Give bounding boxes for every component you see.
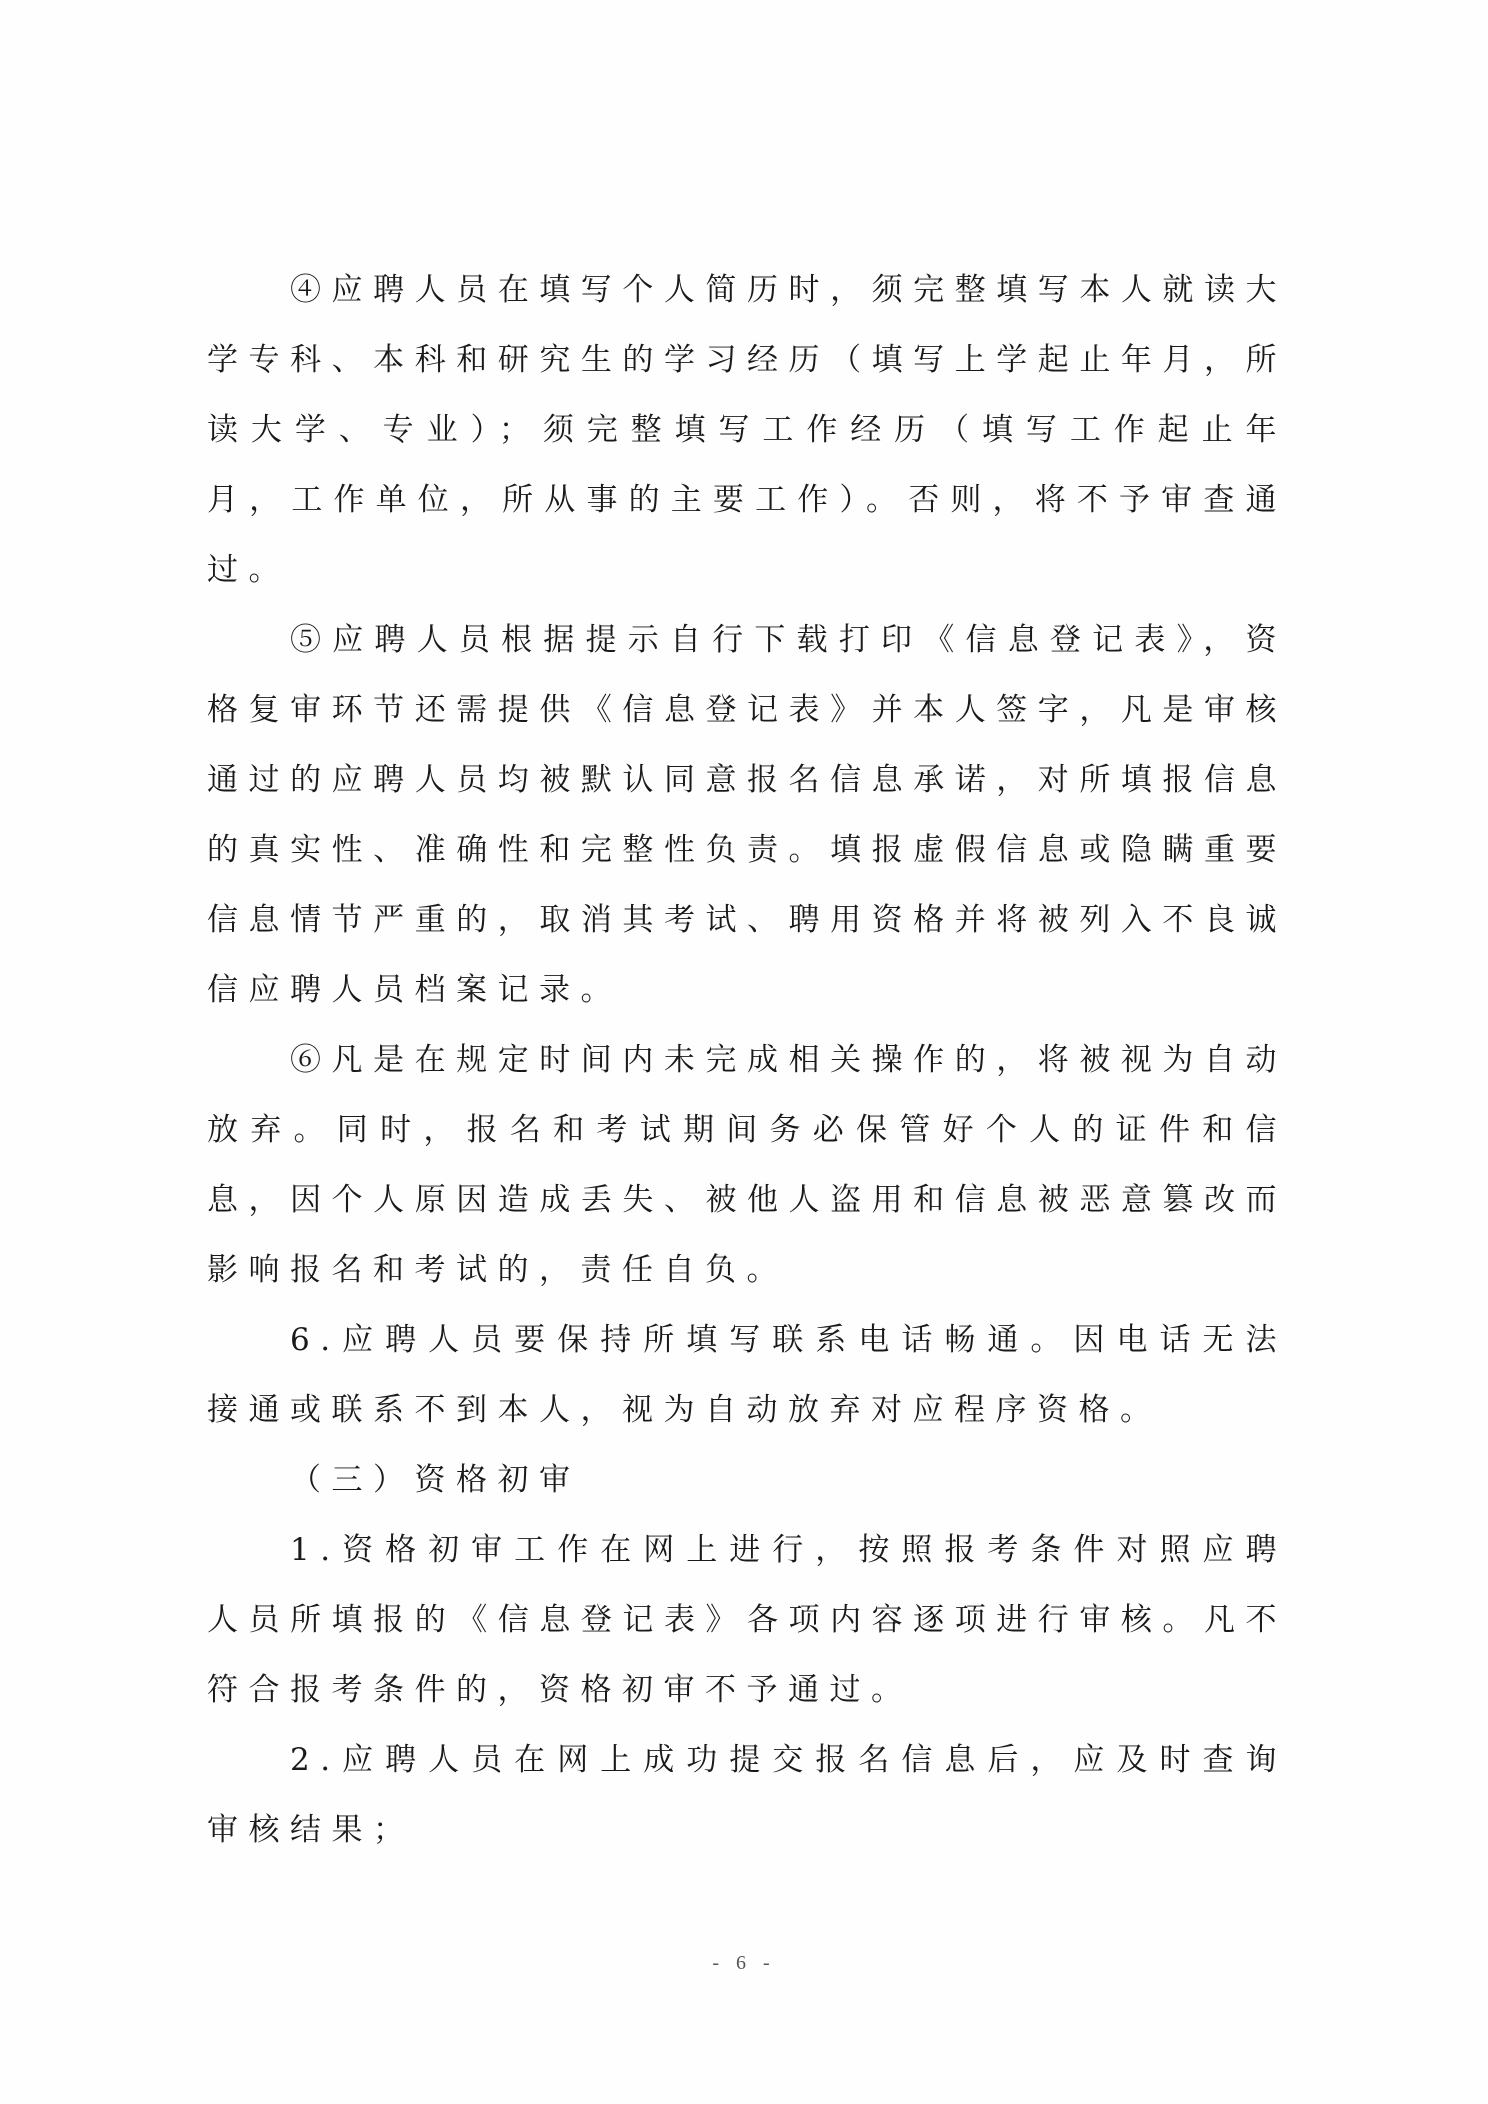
paragraph-item-6: 6.应聘人员要保持所填写联系电话畅通。因电话无法接通或联系不到本人，视为自动放弃… xyxy=(207,1305,1287,1445)
paragraph-section-3-item-2: 2.应聘人员在网上成功提交报名信息后，应及时查询审核结果； xyxy=(207,1725,1287,1865)
page-number: - 6 - xyxy=(0,1952,1488,1975)
paragraph-item-6-circled: ⑥凡是在规定时间内未完成相关操作的，将被视为自动放弃。同时，报名和考试期间务必保… xyxy=(207,1025,1287,1305)
paragraph-section-3-item-1: 1.资格初审工作在网上进行，按照报考条件对照应聘人员所填报的《信息登记表》各项内… xyxy=(207,1515,1287,1725)
section-heading-qualification-review: （三）资格初审 xyxy=(207,1445,1287,1515)
paragraph-item-4: ④应聘人员在填写个人简历时，须完整填写本人就读大学专科、本科和研究生的学习经历（… xyxy=(207,255,1287,605)
document-body: ④应聘人员在填写个人简历时，须完整填写本人就读大学专科、本科和研究生的学习经历（… xyxy=(207,255,1287,1865)
paragraph-item-5: ⑤应聘人员根据提示自行下载打印《信息登记表》，资格复审环节还需提供《信息登记表》… xyxy=(207,605,1287,1025)
document-page: ④应聘人员在填写个人简历时，须完整填写本人就读大学专科、本科和研究生的学习经历（… xyxy=(0,0,1488,2104)
